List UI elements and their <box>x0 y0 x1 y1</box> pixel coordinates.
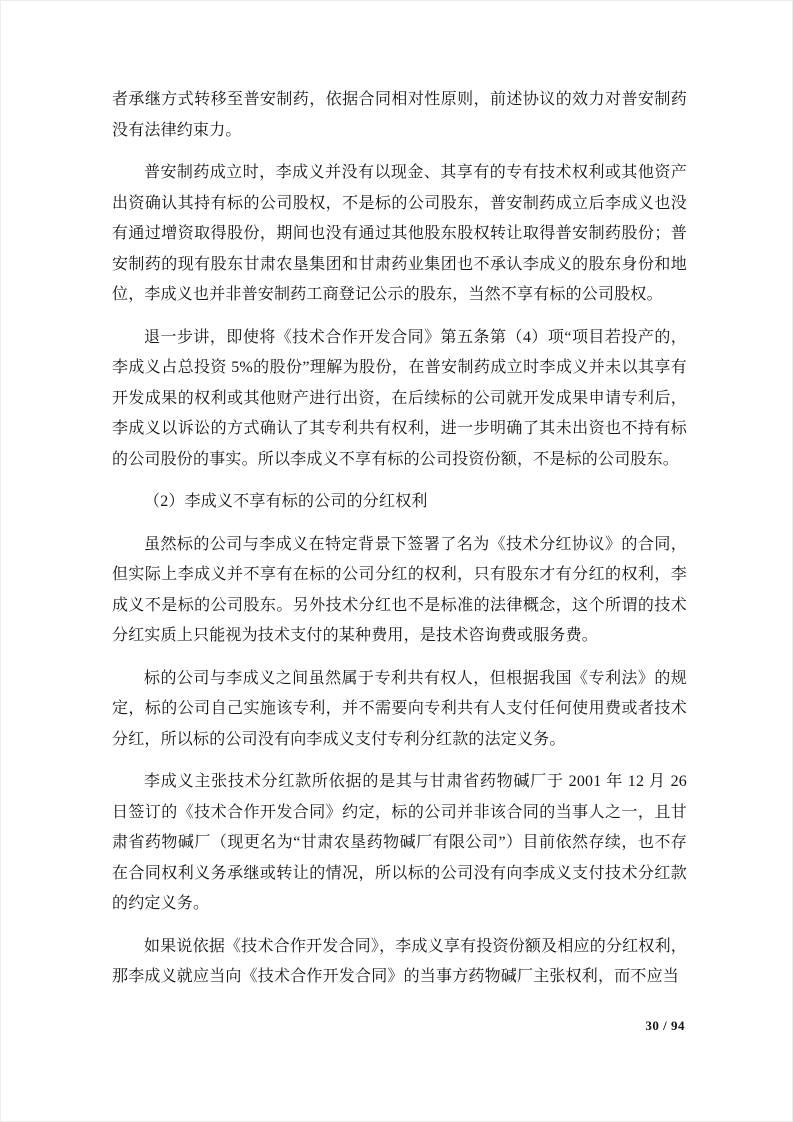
paragraph: 如果说依据《技术合作开发合同》，李成义享有投资份额及相应的分红权利，那李成义就应… <box>112 932 687 993</box>
paragraph: 虽然标的公司与李成义在特定背景下签署了名为《技术分红协议》的合同，但实际上李成义… <box>112 530 687 652</box>
paragraph: 退一步讲，即使将《技术合作开发合同》第五条第（4）项“项目若投产的，李成义占总投… <box>112 323 687 476</box>
paragraph: 李成义主张技术分红款所依据的是其与甘肃省药物碱厂于 2001 年 12 月 26… <box>112 767 687 920</box>
section-heading: （2）李成义不享有标的公司的分红权利 <box>112 487 687 518</box>
document-body: 者承继方式转移至普安制药，依据合同相对性原则，前述协议的效力对普安制药没有法律约… <box>112 85 687 993</box>
document-page: 者承继方式转移至普安制药，依据合同相对性原则，前述协议的效力对普安制药没有法律约… <box>0 0 793 1122</box>
paragraph: 普安制药成立时，李成义并没有以现金、其享有的专有技术权利或其他资产出资确认其持有… <box>112 158 687 311</box>
paragraph: 标的公司与李成义之间虽然属于专利共有权人，但根据我国《专利法》的规定，标的公司自… <box>112 664 687 756</box>
page-number: 30 / 94 <box>645 1018 685 1034</box>
paragraph: 者承继方式转移至普安制药，依据合同相对性原则，前述协议的效力对普安制药没有法律约… <box>112 85 687 146</box>
